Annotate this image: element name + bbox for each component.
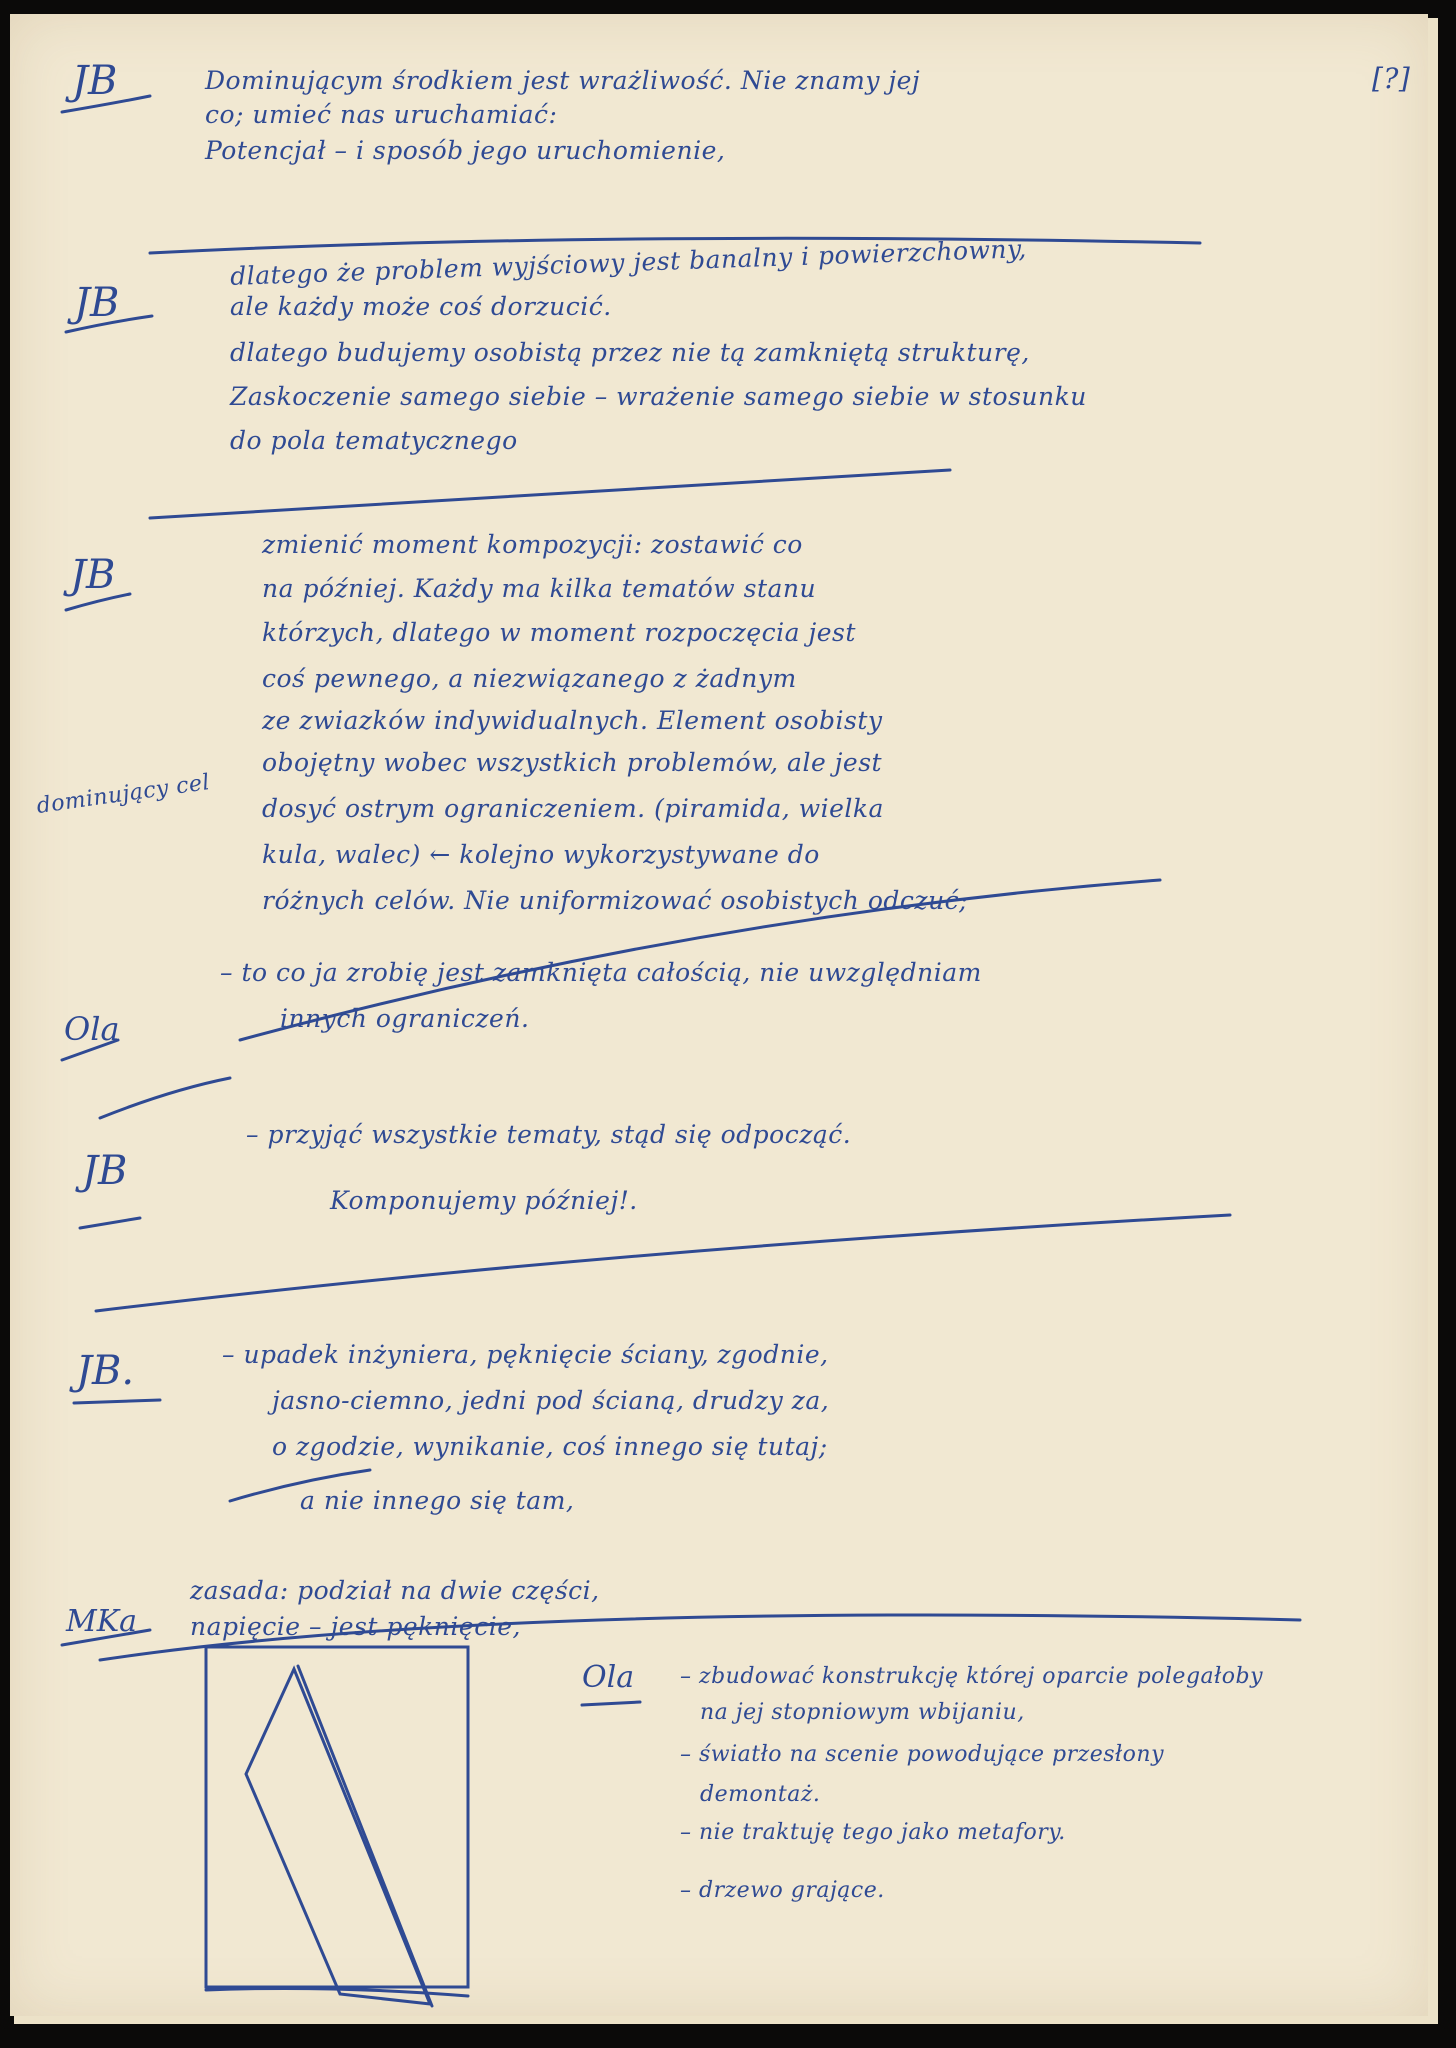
note-line: na później. Każdy ma kilka tematów stanu bbox=[262, 574, 816, 603]
note-line: o zgodzie, wynikanie, coś innego się tut… bbox=[272, 1432, 828, 1461]
note-line: – nie traktuję tego jako metafory. bbox=[680, 1820, 1066, 1845]
speaker-label: JB bbox=[72, 58, 117, 104]
note-line: zmienić moment kompozycji: zostawić co bbox=[262, 530, 803, 559]
note-line: Potencjał – i sposób jego uruchomienie, bbox=[205, 136, 725, 165]
note-line: dlatego budujemy osobistą przez nie tą z… bbox=[230, 338, 1030, 367]
note-line: – drzewo grające. bbox=[680, 1878, 885, 1903]
note-line: napięcie – jest pęknięcie, bbox=[190, 1612, 521, 1641]
note-line: jasno-ciemno, jedni pod ścianą, drudzy z… bbox=[272, 1386, 829, 1415]
note-line: obojętny wobec wszystkich problemów, ale… bbox=[262, 748, 882, 777]
note-line: Komponujemy później!. bbox=[330, 1186, 638, 1215]
page-marker: [?] bbox=[1372, 62, 1410, 95]
speaker-label: MKa bbox=[66, 1604, 137, 1639]
note-line: innych ograniczeń. bbox=[280, 1004, 529, 1033]
note-line: – to co ja zrobię jest zamknięta całości… bbox=[220, 958, 982, 987]
speaker-label: JB. bbox=[76, 1348, 134, 1394]
speaker-label: JB bbox=[70, 552, 115, 598]
note-line: dosyć ostrym ograniczeniem. (piramida, w… bbox=[262, 794, 884, 823]
note-line: kula, walec) ← kolejno wykorzystywane do bbox=[262, 840, 820, 869]
speaker-label: JB bbox=[82, 1148, 127, 1194]
note-line: Zaskoczenie samego siebie – wrażenie sam… bbox=[230, 382, 1087, 411]
note-line: a nie innego się tam, bbox=[300, 1486, 574, 1515]
note-line: ale każdy może coś dorzucić. bbox=[230, 292, 612, 321]
speaker-label: Ola bbox=[582, 1660, 634, 1695]
note-line: coś pewnego, a niezwiązanego z żadnym bbox=[262, 664, 797, 693]
note-line: zasada: podział na dwie części, bbox=[190, 1576, 600, 1605]
note-line: co; umieć nas uruchamiać: bbox=[205, 100, 557, 129]
note-line: którzych, dlatego w moment rozpoczęcia j… bbox=[262, 618, 856, 647]
note-line: ze zwiazków indywidualnych. Element osob… bbox=[262, 706, 883, 735]
note-line: Dominującym środkiem jest wrażliwość. Ni… bbox=[205, 66, 920, 95]
note-line: – zbudować konstrukcję której oparcie po… bbox=[680, 1664, 1263, 1689]
speaker-label: JB bbox=[74, 280, 119, 326]
speaker-label: Ola bbox=[64, 1010, 120, 1048]
note-line: – upadek inżyniera, pęknięcie ściany, zg… bbox=[222, 1340, 829, 1369]
note-line: różnych celów. Nie uniformizować osobist… bbox=[262, 886, 968, 915]
note-line: – światło na scenie powodujące przesłony bbox=[680, 1742, 1164, 1767]
note-line: do pola tematycznego bbox=[230, 426, 518, 455]
note-line: na jej stopniowym wbijaniu, bbox=[700, 1700, 1025, 1725]
note-line: demontaż. bbox=[700, 1782, 820, 1807]
note-line: – przyjąć wszystkie tematy, stąd się odp… bbox=[246, 1120, 851, 1149]
